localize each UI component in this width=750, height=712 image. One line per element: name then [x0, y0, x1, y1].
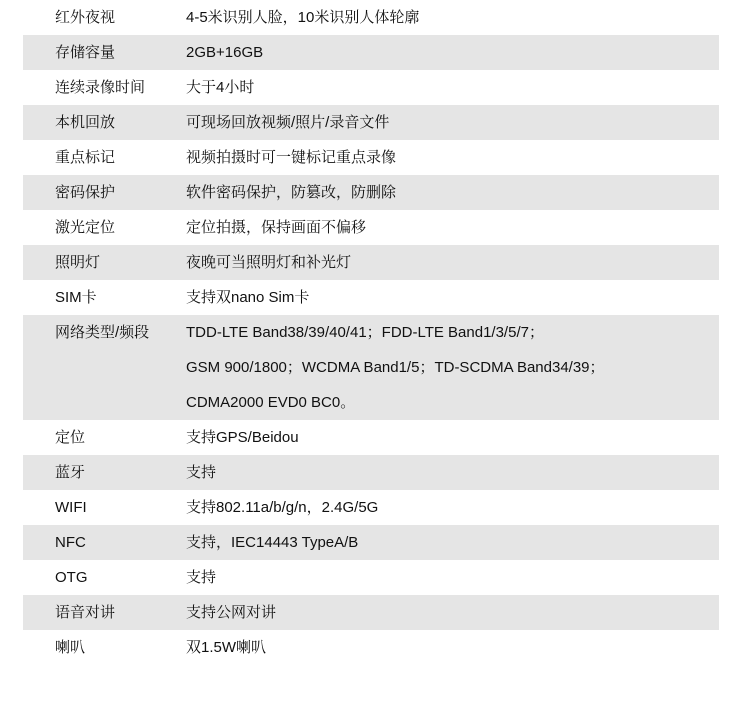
spec-row-storage-capacity: 存储容量 2GB+16GB	[23, 35, 719, 70]
spec-row-bluetooth: 蓝牙 支持	[23, 455, 719, 490]
spec-row-otg: OTG 支持	[23, 560, 719, 595]
spec-value-line: CDMA2000 EVD0 BC0。	[186, 385, 709, 420]
spec-label: OTG	[23, 569, 186, 587]
spec-row-sim-card: SIM卡 支持双nano Sim卡	[23, 280, 719, 315]
spec-value: 支持GPS/Beidou	[186, 429, 719, 447]
spec-label: 定位	[23, 429, 186, 447]
spec-row-continuous-recording-time: 连续录像时间 大于4小时	[23, 70, 719, 105]
spec-value: 夜晚可当照明灯和补光灯	[186, 254, 719, 272]
spec-label: 重点标记	[23, 149, 186, 167]
spec-table: 红外夜视 4-5米识别人脸，10米识别人体轮廓 存储容量 2GB+16GB 连续…	[23, 0, 719, 665]
spec-row-network-type-bands: 网络类型/频段 TDD-LTE Band38/39/40/41；FDD-LTE …	[23, 315, 719, 420]
spec-row-local-playback: 本机回放 可现场回放视频/照片/录音文件	[23, 105, 719, 140]
spec-value-line: TDD-LTE Band38/39/40/41；FDD-LTE Band1/3/…	[186, 315, 709, 350]
spec-value: 2GB+16GB	[186, 44, 719, 62]
spec-value: 支持	[186, 569, 719, 587]
spec-value: 4-5米识别人脸，10米识别人体轮廓	[186, 9, 719, 27]
spec-value: 定位拍摄，保持画面不偏移	[186, 219, 719, 237]
spec-row-laser-positioning: 激光定位 定位拍摄，保持画面不偏移	[23, 210, 719, 245]
spec-value: 支持公网对讲	[186, 604, 719, 622]
spec-row-password-protection: 密码保护 软件密码保护，防篡改，防删除	[23, 175, 719, 210]
spec-label: 语音对讲	[23, 604, 186, 622]
spec-value: 支持	[186, 464, 719, 482]
spec-row-infrared-night-vision: 红外夜视 4-5米识别人脸，10米识别人体轮廓	[23, 0, 719, 35]
spec-label: 蓝牙	[23, 464, 186, 482]
spec-value: 支持，IEC14443 TypeA/B	[186, 534, 719, 552]
spec-row-voice-intercom: 语音对讲 支持公网对讲	[23, 595, 719, 630]
spec-label: 照明灯	[23, 254, 186, 272]
spec-label: 红外夜视	[23, 9, 186, 27]
spec-row-key-marking: 重点标记 视频拍摄时可一键标记重点录像	[23, 140, 719, 175]
spec-row-illumination-light: 照明灯 夜晚可当照明灯和补光灯	[23, 245, 719, 280]
spec-label: 网络类型/频段	[23, 315, 186, 350]
spec-value: 支持802.11a/b/g/n，2.4G/5G	[186, 499, 719, 517]
spec-row-positioning: 定位 支持GPS/Beidou	[23, 420, 719, 455]
spec-label: 激光定位	[23, 219, 186, 237]
spec-row-wifi: WIFI 支持802.11a/b/g/n，2.4G/5G	[23, 490, 719, 525]
spec-value: 软件密码保护，防篡改，防删除	[186, 184, 719, 202]
spec-label: 本机回放	[23, 114, 186, 132]
spec-value-line: GSM 900/1800；WCDMA Band1/5；TD-SCDMA Band…	[186, 350, 709, 385]
spec-label: SIM卡	[23, 289, 186, 307]
spec-value: 支持双nano Sim卡	[186, 289, 719, 307]
spec-label: 连续录像时间	[23, 79, 186, 97]
spec-row-nfc: NFC 支持，IEC14443 TypeA/B	[23, 525, 719, 560]
spec-value: 大于4小时	[186, 79, 719, 97]
spec-value: 视频拍摄时可一键标记重点录像	[186, 149, 719, 167]
spec-label: 存储容量	[23, 44, 186, 62]
spec-value: 双1.5W喇叭	[186, 639, 719, 657]
spec-label: WIFI	[23, 499, 186, 517]
spec-value: TDD-LTE Band38/39/40/41；FDD-LTE Band1/3/…	[186, 315, 719, 420]
spec-row-speaker: 喇叭 双1.5W喇叭	[23, 630, 719, 665]
spec-value: 可现场回放视频/照片/录音文件	[186, 114, 719, 132]
spec-label: NFC	[23, 534, 186, 552]
spec-label: 密码保护	[23, 184, 186, 202]
spec-label: 喇叭	[23, 639, 186, 657]
